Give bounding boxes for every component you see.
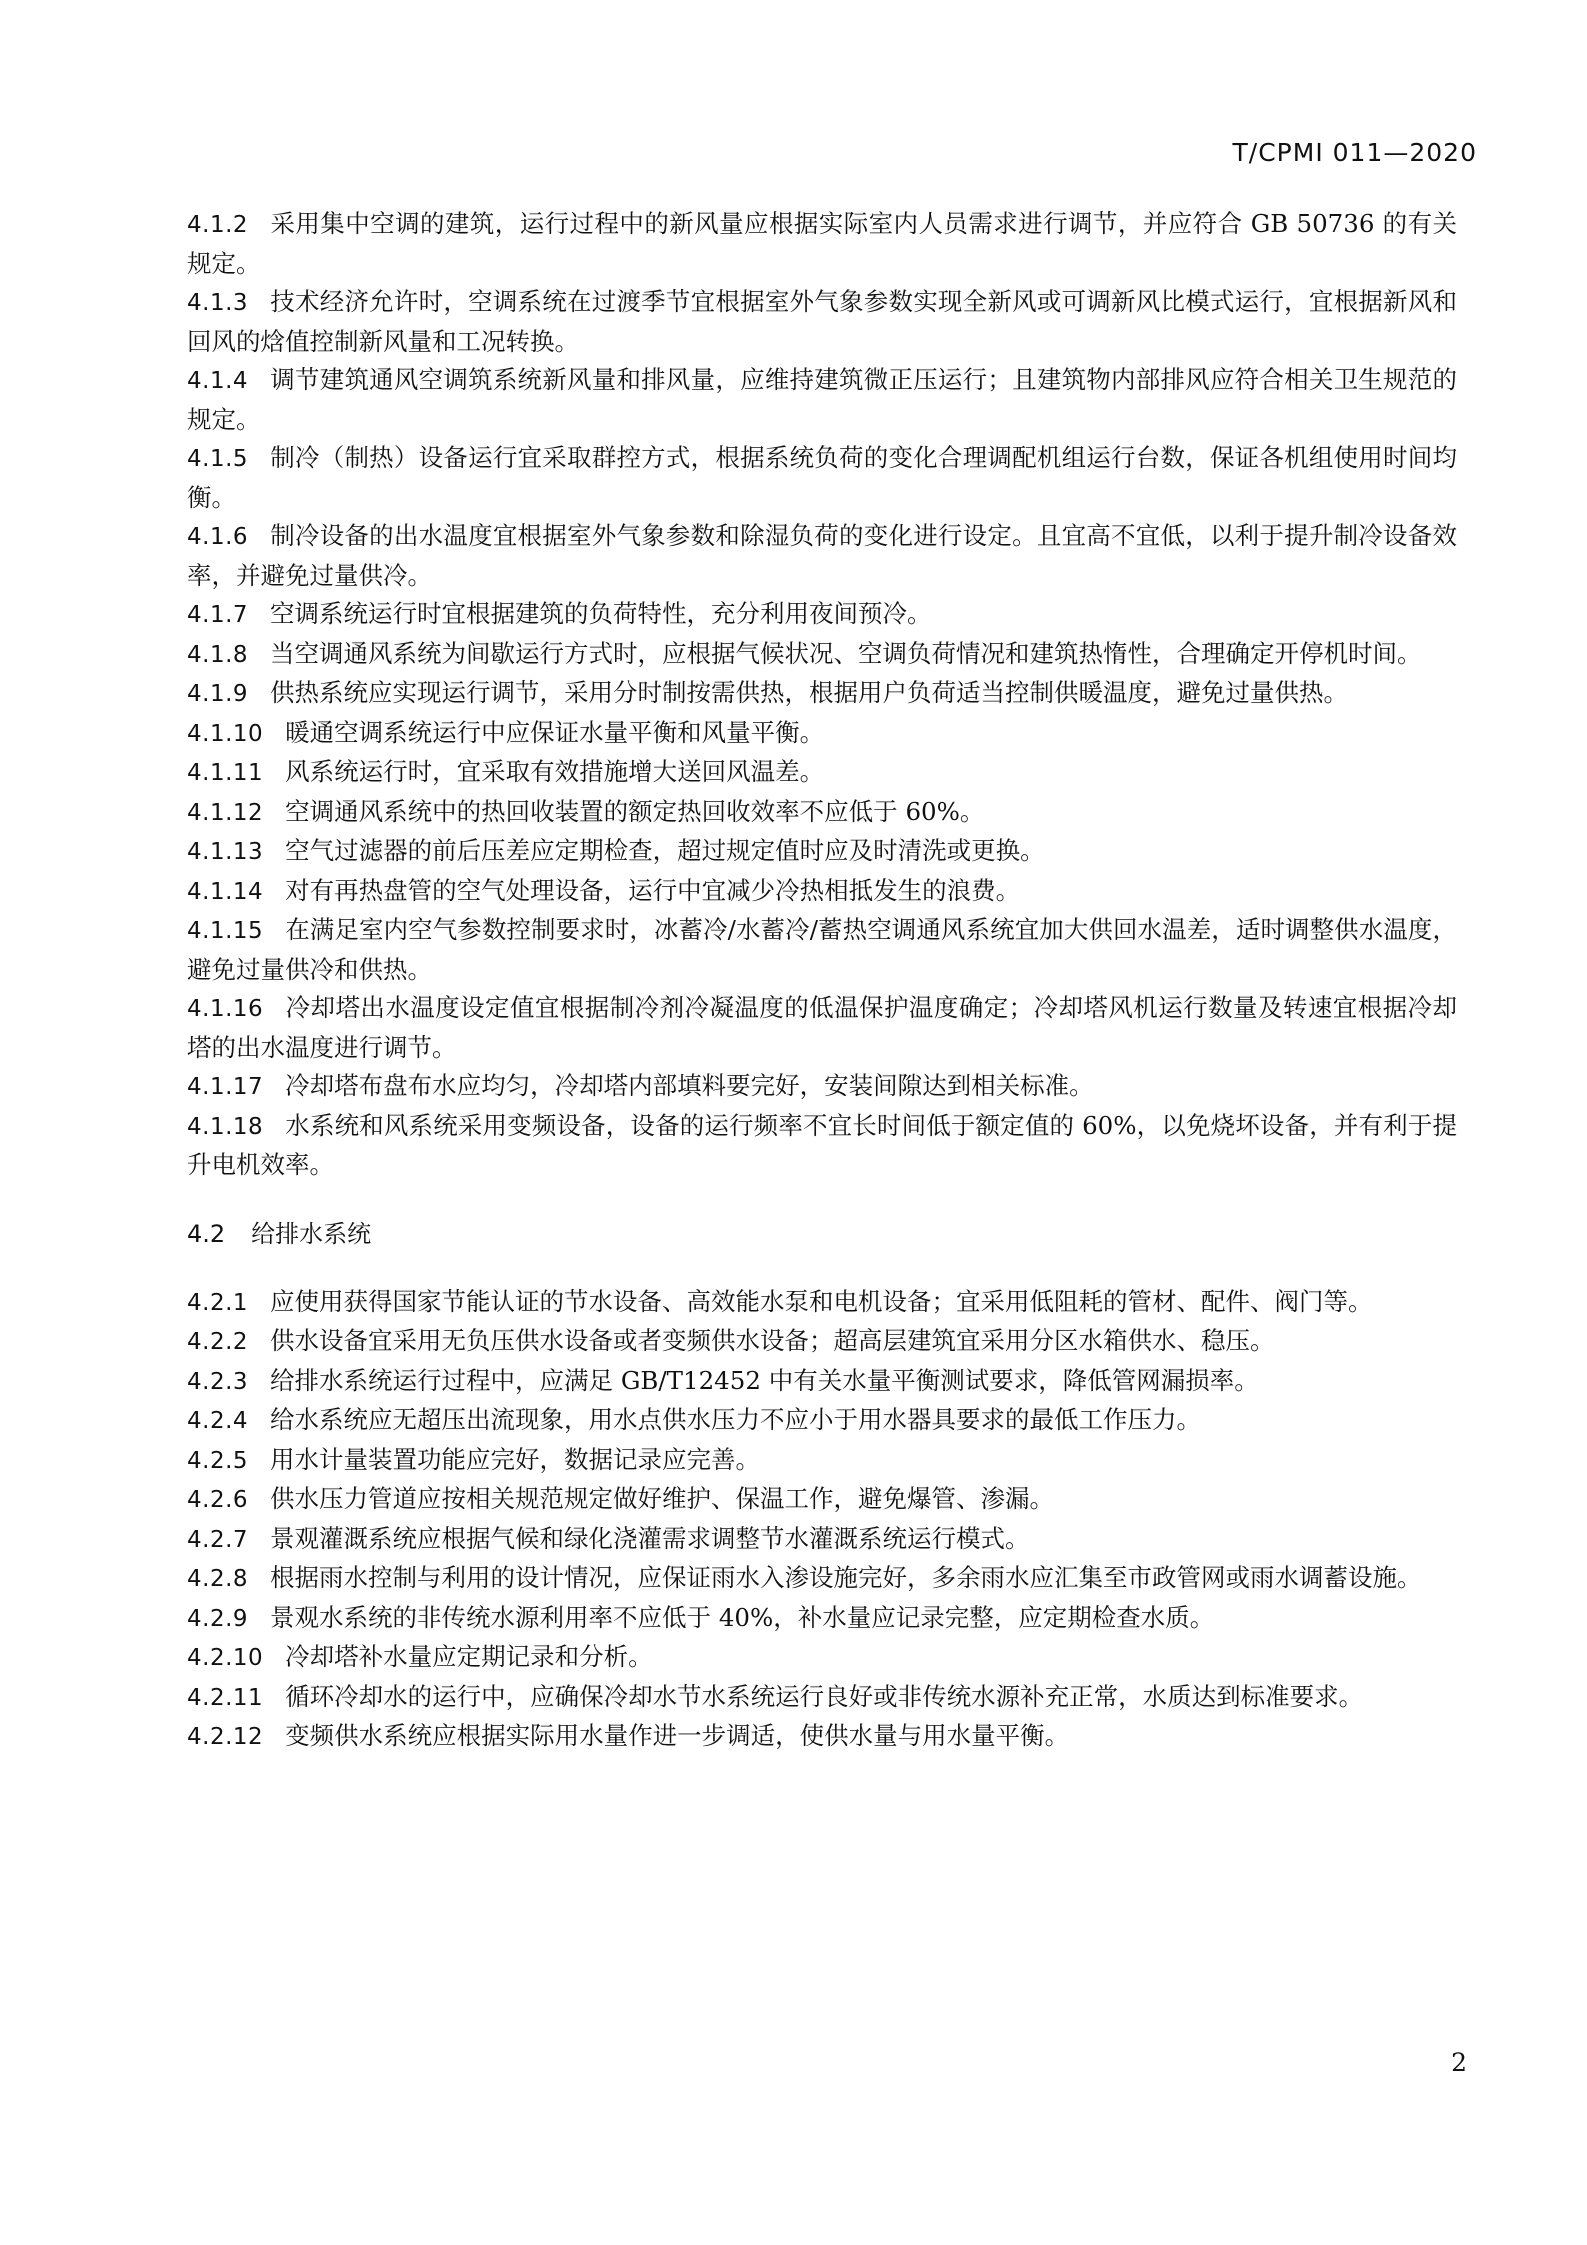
clause-number: 4.1.8 [187,642,248,668]
clause-number: 4.1.13 [187,839,263,865]
clause: 4.2.3给排水系统运行过程中，应满足 GB/T12452 中有关水量平衡测试要… [187,1362,1457,1402]
clause: 4.1.17冷却塔布盘布水应均匀，冷却塔内部填料要完好，安装间隙达到相关标准。 [187,1067,1457,1107]
clause-number: 4.1.18 [187,1114,263,1140]
clause-text: 风系统运行时，宜采取有效措施增大送回风温差。 [285,757,824,786]
clause: 4.2.8根据雨水控制与利用的设计情况，应保证雨水入渗设施完好，多余雨水应汇集至… [187,1559,1457,1599]
clause-number: 4.1.11 [187,760,263,786]
clause: 4.1.10暖通空调系统运行中应保证水量平衡和风量平衡。 [187,714,1457,754]
clause-text: 对有再热盘管的空气处理设备，运行中宜减少冷热相抵发生的浪费。 [285,876,1020,905]
clause: 4.2.1应使用获得国家节能认证的节水设备、高效能水泵和电机设备；宜采用低阻耗的… [187,1283,1457,1323]
clause-number: 4.1.14 [187,879,263,905]
clause: 4.2.9景观水系统的非传统水源利用率不应低于 40%，补水量应记录完整，应定期… [187,1599,1457,1639]
clause-text: 景观灌溉系统应根据气候和绿化浇灌需求调整节水灌溉系统运行模式。 [270,1524,1030,1553]
clause-number: 4.1.16 [187,996,263,1022]
clause-number: 4.2.3 [187,1369,248,1395]
clause: 4.1.12空调通风系统中的热回收装置的额定热回收效率不应低于 60%。 [187,793,1457,833]
clause-number: 4.2.1 [187,1290,248,1316]
clause: 4.1.6制冷设备的出水温度宜根据室外气象参数和除湿负荷的变化进行设定。且宜高不… [187,517,1457,595]
clause-text: 景观水系统的非传统水源利用率不应低于 40%，补水量应记录完整，应定期检查水质。 [270,1603,1214,1632]
clause-number: 4.2.7 [187,1527,248,1553]
clause: 4.1.4调节建筑通风空调筑系统新风量和排风量，应维持建筑微正压运行；且建筑物内… [187,361,1457,439]
clause-text: 在满足室内空气参数控制要求时，冰蓄冷/水蓄冷/蓄热空调通风系统宜加大供回水温差，… [187,915,1457,984]
clause-text: 根据雨水控制与利用的设计情况，应保证雨水入渗设施完好，多余雨水应汇集至市政管网或… [270,1563,1422,1592]
clause-text: 冷却塔补水量应定期记录和分析。 [285,1642,653,1671]
clause: 4.1.11风系统运行时，宜采取有效措施增大送回风温差。 [187,753,1457,793]
clause-text: 供水设备宜采用无负压供水设备或者变频供水设备；超高层建筑宜采用分区水箱供水、稳压… [270,1326,1275,1355]
clause-text: 当空调通风系统为间歇运行方式时，应根据气候状况、空调负荷情况和建筑热惰性，合理确… [270,639,1422,668]
section-heading-4-2: 4.2给排水系统 [187,1215,1457,1253]
clause: 4.1.15在满足室内空气参数控制要求时，冰蓄冷/水蓄冷/蓄热空调通风系统宜加大… [187,911,1457,989]
clause-text: 制冷（制热）设备运行宜采取群控方式，根据系统负荷的变化合理调配机组运行台数，保证… [187,443,1457,512]
clause-text: 暖通空调系统运行中应保证水量平衡和风量平衡。 [285,718,824,747]
clause-number: 4.1.4 [187,368,248,394]
clause: 4.1.16冷却塔出水温度设定值宜根据制冷剂冷凝温度的低温保护温度确定；冷却塔风… [187,989,1457,1067]
clause: 4.2.5用水计量装置功能应完好，数据记录应完善。 [187,1441,1457,1481]
clause-text: 供水压力管道应按相关规范规定做好维护、保温工作，避免爆管、渗漏。 [270,1484,1054,1513]
clause-number: 4.2.2 [187,1329,248,1355]
page-number: 2 [1451,2048,1467,2077]
clause: 4.2.2供水设备宜采用无负压供水设备或者变频供水设备；超高层建筑宜采用分区水箱… [187,1322,1457,1362]
clause-number: 4.2.11 [187,1685,263,1711]
clause-text: 空气过滤器的前后压差应定期检查，超过规定值时应及时清洗或更换。 [285,836,1045,865]
clause-number: 4.1.6 [187,524,248,550]
clause: 4.1.8当空调通风系统为间歇运行方式时，应根据气候状况、空调负荷情况和建筑热惰… [187,635,1457,675]
clause-text: 供热系统应实现运行调节，采用分时制按需供热，根据用户负荷适当控制供暖温度，避免过… [270,678,1348,707]
clause-number: 4.1.15 [187,918,263,944]
clause: 4.2.4给水系统应无超压出流现象，用水点供水压力不应小于用水器具要求的最低工作… [187,1401,1457,1441]
clause-text: 给水系统应无超压出流现象，用水点供水压力不应小于用水器具要求的最低工作压力。 [270,1405,1201,1434]
clause: 4.2.7景观灌溉系统应根据气候和绿化浇灌需求调整节水灌溉系统运行模式。 [187,1520,1457,1560]
clause-number: 4.2.6 [187,1487,248,1513]
clause-number: 4.1.7 [187,602,248,628]
clause-number: 4.2.8 [187,1566,248,1592]
clause-number: 4.2.10 [187,1645,263,1671]
clause-text: 用水计量装置功能应完好，数据记录应完善。 [270,1445,760,1474]
clause-number: 4.2.5 [187,1448,248,1474]
clause-text: 冷却塔出水温度设定值宜根据制冷剂冷凝温度的低温保护温度确定；冷却塔风机运行数量及… [187,993,1457,1062]
clause-text: 变频供水系统应根据实际用水量作进一步调适，使供水量与用水量平衡。 [285,1721,1069,1750]
clause: 4.1.18水系统和风系统采用变频设备，设备的运行频率不宜长时间低于额定值的 6… [187,1107,1457,1185]
clause-text: 循环冷却水的运行中，应确保冷却水节水系统运行良好或非传统水源补充正常，水质达到标… [285,1682,1363,1711]
clause-text: 给排水系统运行过程中，应满足 GB/T12452 中有关水量平衡测试要求，降低管… [270,1366,1259,1395]
clause-number: 4.1.9 [187,681,248,707]
section-4-2-clauses: 4.2.1应使用获得国家节能认证的节水设备、高效能水泵和电机设备；宜采用低阻耗的… [187,1283,1457,1757]
clause: 4.2.6供水压力管道应按相关规范规定做好维护、保温工作，避免爆管、渗漏。 [187,1480,1457,1520]
clause: 4.1.2采用集中空调的建筑，运行过程中的新风量应根据实际室内人员需求进行调节，… [187,205,1457,283]
clause-number: 4.2.4 [187,1408,248,1434]
clause-number: 4.1.12 [187,800,263,826]
clause-text: 调节建筑通风空调筑系统新风量和排风量，应维持建筑微正压运行；且建筑物内部排风应符… [187,365,1457,434]
section-4-1-clauses: 4.1.2采用集中空调的建筑，运行过程中的新风量应根据实际室内人员需求进行调节，… [187,205,1457,1185]
clause-number: 4.2.9 [187,1606,248,1632]
clause-text: 采用集中空调的建筑，运行过程中的新风量应根据实际室内人员需求进行调节，并应符合 … [187,209,1457,278]
clause-text: 冷却塔布盘布水应均匀，冷却塔内部填料要完好，安装间隙达到相关标准。 [285,1071,1094,1100]
clause: 4.2.11循环冷却水的运行中，应确保冷却水节水系统运行良好或非传统水源补充正常… [187,1678,1457,1718]
clause-text: 空调系统运行时宜根据建筑的负荷特性，充分利用夜间预冷。 [270,599,932,628]
clause: 4.1.7空调系统运行时宜根据建筑的负荷特性，充分利用夜间预冷。 [187,595,1457,635]
clause-text: 空调通风系统中的热回收装置的额定热回收效率不应低于 60%。 [285,797,984,826]
clause-text: 应使用获得国家节能认证的节水设备、高效能水泵和电机设备；宜采用低阻耗的管材、配件… [270,1287,1373,1316]
clause-number: 4.1.5 [187,446,248,472]
clause: 4.1.14对有再热盘管的空气处理设备，运行中宜减少冷热相抵发生的浪费。 [187,872,1457,912]
document-body: 4.1.2采用集中空调的建筑，运行过程中的新风量应根据实际室内人员需求进行调节，… [187,205,1457,1757]
clause: 4.1.13空气过滤器的前后压差应定期检查，超过规定值时应及时清洗或更换。 [187,832,1457,872]
clause-text: 技术经济允许时，空调系统在过渡季节宜根据室外气象参数实现全新风或可调新风比模式运… [187,287,1457,356]
clause-number: 4.1.17 [187,1074,263,1100]
clause: 4.2.12变频供水系统应根据实际用水量作进一步调适，使供水量与用水量平衡。 [187,1717,1457,1757]
clause-number: 4.2.12 [187,1724,263,1750]
clause: 4.1.3技术经济允许时，空调系统在过渡季节宜根据室外气象参数实现全新风或可调新… [187,283,1457,361]
clause-number: 4.1.10 [187,721,263,747]
clause-text: 水系统和风系统采用变频设备，设备的运行频率不宜长时间低于额定值的 60%，以免烧… [187,1111,1457,1180]
clause: 4.2.10冷却塔补水量应定期记录和分析。 [187,1638,1457,1678]
section-number: 4.2 [187,1220,225,1248]
clause: 4.1.5制冷（制热）设备运行宜采取群控方式，根据系统负荷的变化合理调配机组运行… [187,439,1457,517]
clause-number: 4.1.3 [187,290,248,316]
clause-text: 制冷设备的出水温度宜根据室外气象参数和除湿负荷的变化进行设定。且宜高不宜低，以利… [187,521,1457,590]
clause-number: 4.1.2 [187,212,248,238]
standard-code-header: T/CPMI 011—2020 [1233,138,1477,167]
section-title: 给排水系统 [251,1220,371,1248]
clause: 4.1.9供热系统应实现运行调节，采用分时制按需供热，根据用户负荷适当控制供暖温… [187,674,1457,714]
